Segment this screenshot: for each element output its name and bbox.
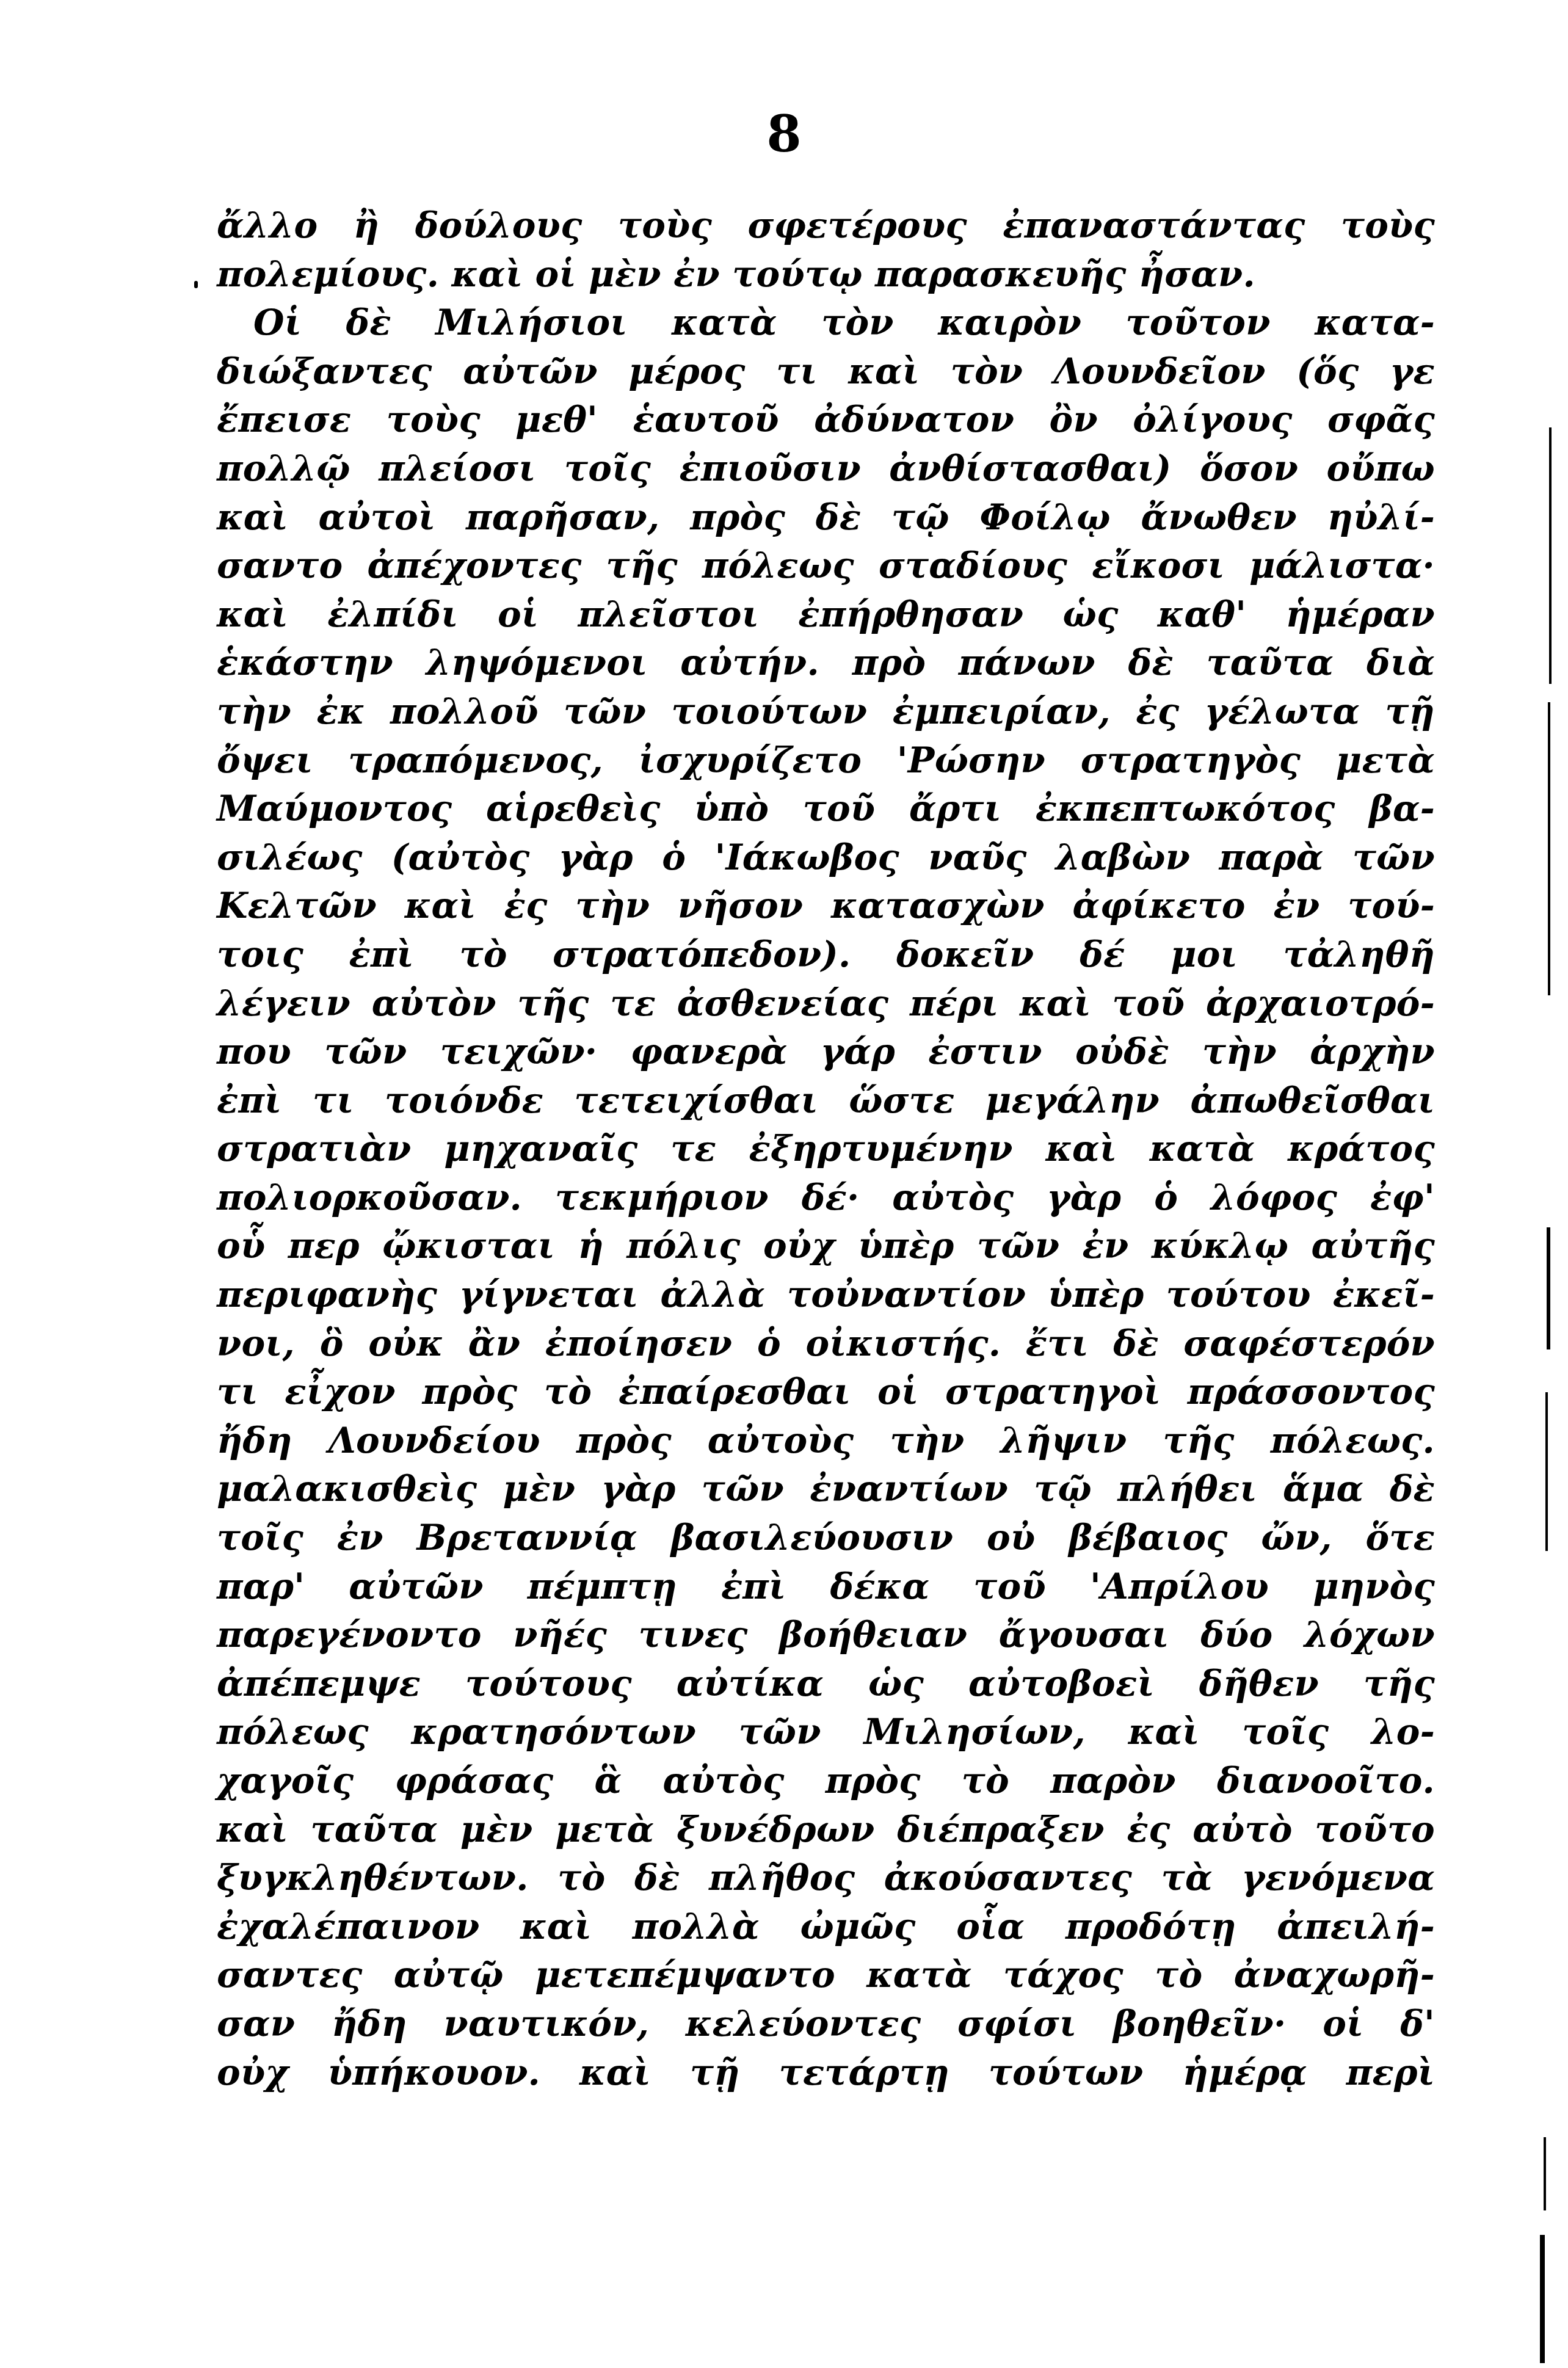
text-line: πολιορκοῦσαν. τεκμήριον δέ· αὐτὸς γὰρ ὁ … bbox=[217, 1174, 1435, 1222]
text-line: ἤδη Λουνδείου πρὸς αὐτοὺς τὴν λῆψιν τῆς … bbox=[217, 1417, 1435, 1465]
text-line: περιφανὴς γίγνεται ἀλλὰ τοὐναντίον ὑπὲρ … bbox=[217, 1271, 1435, 1320]
text-line: διώξαντες αὐτῶν μέρος τι καὶ τὸν Λουνδεῖ… bbox=[217, 347, 1435, 396]
text-line: μαλακισθεὶς μὲν γὰρ τῶν ἐναντίων τῷ πλήθ… bbox=[217, 1465, 1435, 1514]
text-line: ἔπεισε τοὺς μεθ' ἑαυτοῦ ἀδύνατον ὂν ὀλίγ… bbox=[217, 396, 1435, 445]
margin-rule-fragment bbox=[1545, 1392, 1548, 1551]
text-line: νοι, ὃ οὐκ ἂν ἐποίησεν ὁ οἰκιστής. ἔτι δ… bbox=[217, 1320, 1435, 1368]
text-line: καὶ αὐτοὶ παρῆσαν, πρὸς δὲ τῷ Φοίλῳ ἄνωθ… bbox=[217, 493, 1435, 542]
text-line: πόλεως κρατησόντων τῶν Μιλησίων, καὶ τοῖ… bbox=[217, 1708, 1435, 1757]
page-number: 8 bbox=[0, 104, 1568, 165]
text-line: ἐχαλέπαινον καὶ πολλὰ ὠμῶς οἷα προδότῃ ἀ… bbox=[217, 1903, 1435, 1952]
text-line: που τῶν τειχῶν· φανερὰ γάρ ἐστιν οὐδὲ τὴ… bbox=[217, 1028, 1435, 1077]
text-line: σαντες αὐτῷ μετεπέμψαντο κατὰ τάχος τὸ ἀ… bbox=[217, 1951, 1435, 2000]
margin-rule-fragment bbox=[1549, 427, 1552, 684]
text-line: σαν ἤδη ναυτικόν, κελεύοντες σφίσι βοηθε… bbox=[217, 2000, 1435, 2049]
text-line: ἀπέπεμψε τούτους αὐτίκα ὡς αὐτοβοεὶ δῆθε… bbox=[217, 1660, 1435, 1709]
text-line: καὶ ἐλπίδι οἱ πλεῖστοι ἐπήρθησαν ὡς καθ'… bbox=[217, 590, 1435, 639]
text-line: Μαύμοντος αἱρεθεὶς ὑπὸ τοῦ ἄρτι ἐκπεπτωκ… bbox=[217, 785, 1435, 834]
text-line: ξυγκληθέντων. τὸ δὲ πλῆθος ἀκούσαντες τὰ… bbox=[217, 1854, 1435, 1903]
text-line: χαγοῖς φράσας ἃ αὐτὸς πρὸς τὸ παρὸν διαν… bbox=[217, 1757, 1435, 1806]
margin-rule-fragment bbox=[1544, 2137, 1546, 2210]
text-line: τοις ἐπὶ τὸ στρατόπεδον). δοκεῖν δέ μοι … bbox=[217, 931, 1435, 979]
text-line: οὐχ ὑπήκουον. καὶ τῇ τετάρτῃ τούτων ἡμέρ… bbox=[217, 2049, 1435, 2097]
greek-body-text: ἄλλο ἢ δούλους τοὺς σφετέρους ἐπαναστάντ… bbox=[217, 202, 1435, 2097]
text-line: σαντο ἀπέχοντες τῆς πόλεως σταδίους εἴκο… bbox=[217, 542, 1435, 590]
text-line: σιλέως (αὐτὸς γὰρ ὁ 'Ιάκωβος ναῦς λαβὼν … bbox=[217, 834, 1435, 882]
text-line: τὴν ἐκ πολλοῦ τῶν τοιούτων ἐμπειρίαν, ἐς… bbox=[217, 688, 1435, 736]
text-line: Κελτῶν καὶ ἐς τὴν νῆσον κατασχὼν ἀφίκετο… bbox=[217, 882, 1435, 931]
text-line: στρατιὰν μηχαναῖς τε ἐξηρτυμένην καὶ κατ… bbox=[217, 1125, 1435, 1174]
scanned-book-page: 8 ἄλλο ἢ δούλους τοὺς σφετέρους ἐπαναστά… bbox=[0, 0, 1568, 2368]
scan-speck bbox=[194, 281, 198, 288]
text-line: οὗ περ ᾤκισται ἡ πόλις οὐχ ὑπὲρ τῶν ἐν κ… bbox=[217, 1222, 1435, 1271]
text-line: τοῖς ἐν Βρεταννίᾳ βασιλεύουσιν οὐ βέβαιο… bbox=[217, 1514, 1435, 1563]
text-line: παρεγένοντο νῆές τινες βοήθειαν ἄγουσαι … bbox=[217, 1611, 1435, 1660]
text-line: ἐπὶ τι τοιόνδε τετειχίσθαι ὥστε μεγάλην … bbox=[217, 1077, 1435, 1125]
margin-rule-fragment bbox=[1547, 1227, 1550, 1349]
text-line: πολεμίους. καὶ οἱ μὲν ἐν τούτῳ παρασκευῆ… bbox=[217, 250, 1435, 299]
text-line: ἑκάστην ληψόμενοι αὐτήν. πρὸ πάνων δὲ τα… bbox=[217, 639, 1435, 688]
text-line: καὶ ταῦτα μὲν μετὰ ξυνέδρων διέπραξεν ἐς… bbox=[217, 1806, 1435, 1854]
text-line: παρ' αὐτῶν πέμπτῃ ἐπὶ δέκα τοῦ 'Απρίλου … bbox=[217, 1563, 1435, 1611]
paragraph-start-line: Οἱ δὲ Μιλήσιοι κατὰ τὸν καιρὸν τοῦτον κα… bbox=[217, 299, 1435, 347]
text-line: πολλῷ πλείοσι τοῖς ἐπιοῦσιν ἀνθίστασθαι)… bbox=[217, 445, 1435, 493]
text-line: ἄλλο ἢ δούλους τοὺς σφετέρους ἐπαναστάντ… bbox=[217, 202, 1435, 250]
margin-rule-fragment bbox=[1548, 702, 1550, 995]
text-line: τι εἶχον πρὸς τὸ ἐπαίρεσθαι οἱ στρατηγοὶ… bbox=[217, 1368, 1435, 1417]
text-line: λέγειν αὐτὸν τῆς τε ἀσθενείας πέρι καὶ τ… bbox=[217, 979, 1435, 1028]
margin-rule-fragment bbox=[1540, 2235, 1545, 2363]
text-line: ὄψει τραπόμενος, ἰσχυρίζετο 'Ρώσην στρατ… bbox=[217, 736, 1435, 785]
